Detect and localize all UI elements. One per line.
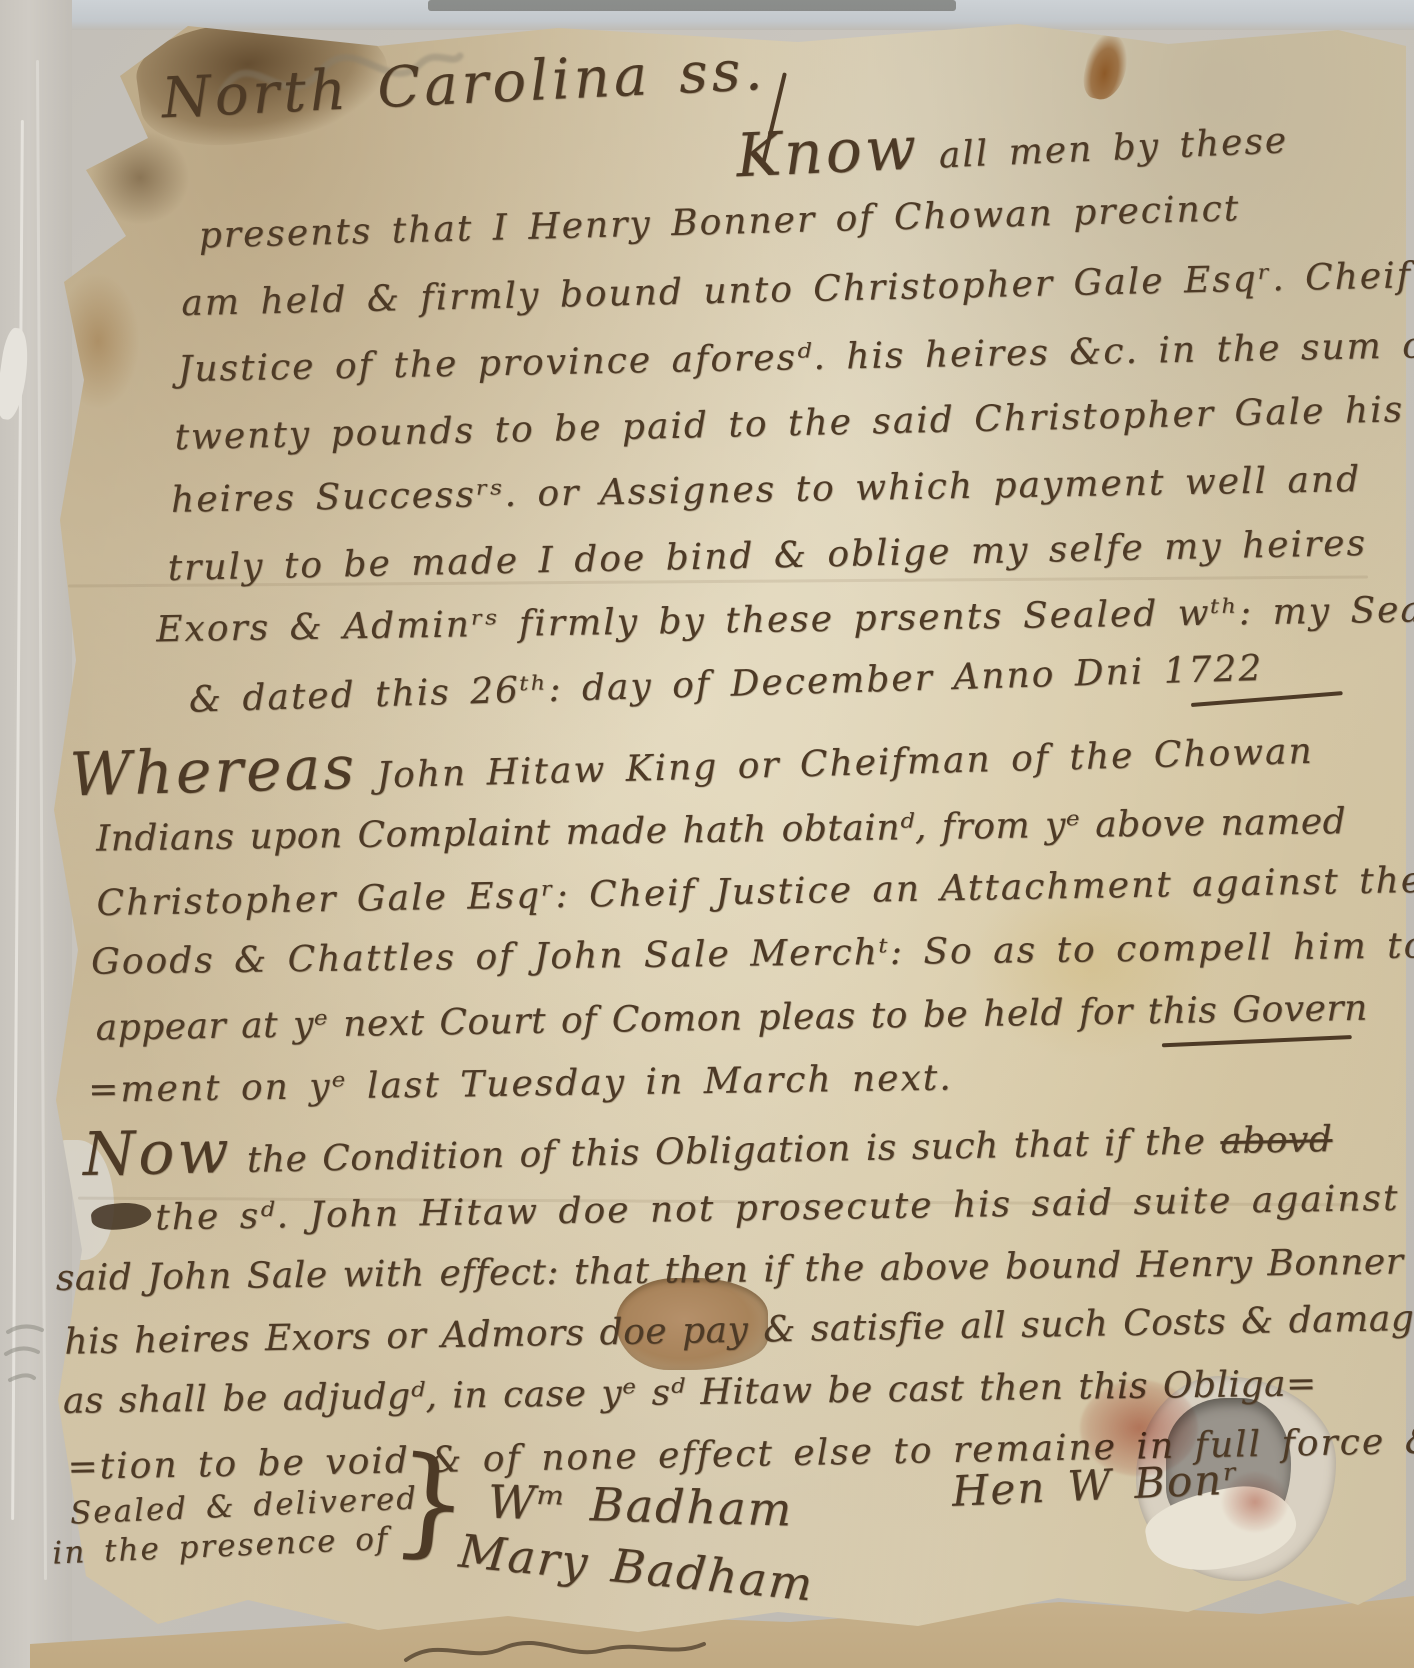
opening-clause: Know all men by these	[735, 97, 1290, 191]
whereas-line: Goods & Chattles of John Sale Merchᵗ: So…	[91, 925, 1414, 982]
ink-scribble	[400, 1630, 710, 1668]
opening-rest: all men by these	[938, 120, 1289, 176]
bond-line: presents that I Henry Bonner of Chowan p…	[198, 188, 1240, 256]
whereas-initial-word: Whereas	[69, 733, 358, 811]
date-line: & dated this 26ᵗʰ: day of December Anno …	[188, 648, 1264, 721]
struck-word: abovd	[1220, 1119, 1333, 1162]
condition-clause: Now the Condition of this Obligation is …	[82, 1096, 1333, 1190]
handwritten-text: North Carolina ss. Know all men by these…	[0, 0, 1414, 1668]
whereas-line: Indians upon Complaint made hath obtainᵈ…	[96, 801, 1347, 859]
bond-line: Justice of the province aforesᵈ. his hei…	[178, 325, 1414, 390]
witness-signature: Wᵐ Badham	[487, 1475, 794, 1537]
red-stain	[1080, 1380, 1198, 1476]
condition-line: his heires Exors or Admors doe pay & sat…	[64, 1297, 1414, 1362]
whereas-line: =ment on yᵉ last Tuesday in March next.	[88, 1058, 953, 1111]
whereas-line: Christopher Gale Esqʳ: Cheif Justice an …	[96, 860, 1414, 924]
pen-flourish-underline	[1191, 691, 1343, 707]
now-initial-word: Now	[82, 1117, 232, 1190]
bond-line: Exors & Adminʳˢ firmly by these prsents …	[156, 589, 1414, 650]
whereas-clause: Whereas John Hitaw King or Cheifman of t…	[69, 708, 1315, 811]
bond-line: twenty pounds to be paid to the said Chr…	[174, 389, 1404, 458]
bond-line: heires Successʳˢ. or Assignes to which p…	[171, 459, 1362, 521]
ink-blot	[90, 1200, 153, 1233]
condition-line: said John Sale with effect: that then if…	[56, 1242, 1404, 1299]
red-stain	[1222, 1472, 1288, 1532]
now-rest: the Condition of this Obligation is such…	[246, 1121, 1205, 1180]
bond-line: truly to be made I doe bind & oblige my …	[167, 523, 1367, 589]
manuscript-photo: { "manuscript": { "heading": "North Caro…	[0, 0, 1414, 1668]
pen-flourish-dash	[1162, 1035, 1352, 1047]
whereas-line: appear at yᵉ next Court of Comon pleas t…	[95, 988, 1368, 1049]
document-heading: North Carolina ss.	[160, 38, 767, 131]
condition-line: the sᵈ. John Hitaw doe not prosecute his…	[155, 1177, 1414, 1239]
whereas-rest: John Hitaw King or Cheifman of the Chowa…	[376, 731, 1314, 797]
bond-line: am held & firmly bound unto Christopher …	[181, 255, 1412, 324]
witness-signature: Mary Badham	[457, 1524, 817, 1612]
